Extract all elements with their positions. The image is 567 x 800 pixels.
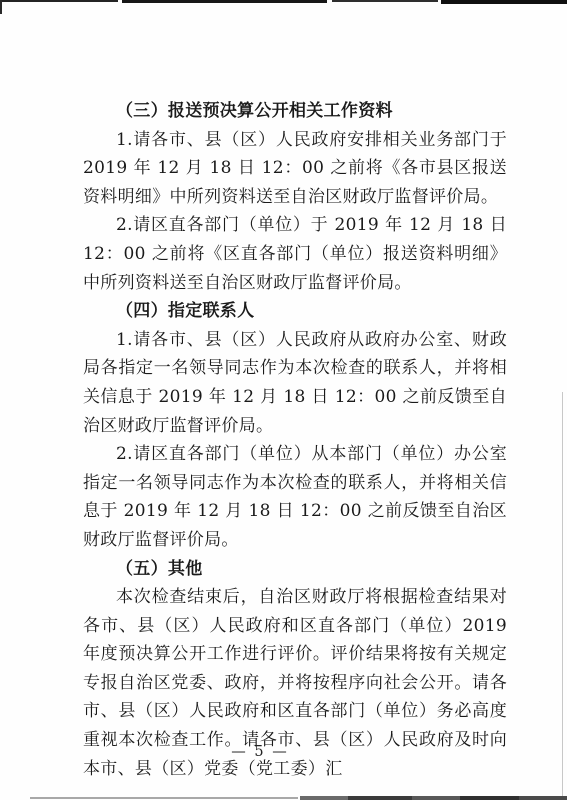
scan-artifact-left-edge	[0, 0, 2, 14]
scan-artifact-top-edge	[0, 0, 118, 2]
section-heading-5: （五）其他	[83, 555, 507, 584]
paragraph-contact-person-cities: 1.请各市、县（区）人民政府从政府办公室、财政局各指定一名领导同志作为本次检查的…	[83, 326, 507, 440]
scan-artifact-top-edge	[441, 0, 567, 4]
scanned-document-page: （三）报送预决算公开相关工作资料 1.请各市、县（区）人民政府安排相关业务部门于…	[0, 0, 567, 800]
section-heading-4: （四）指定联系人	[83, 297, 507, 326]
paragraph-contact-person-departments: 2.请区直各部门（单位）从本部门（单位）办公室指定一名领导同志作为本次检查的联系…	[83, 440, 507, 554]
paragraph-submit-materials-departments: 2.请区直各部门（单位）于 2019 年 12 月 18 日 12：00 之前将…	[83, 211, 507, 297]
page-number: — 5 —	[0, 744, 520, 760]
document-body: （三）报送预决算公开相关工作资料 1.请各市、县（区）人民政府安排相关业务部门于…	[83, 97, 507, 783]
paragraph-submit-materials-cities: 1.请各市、县（区）人民政府安排相关业务部门于 2019 年 12 月 18 日…	[83, 126, 507, 212]
section-heading-3: （三）报送预决算公开相关工作资料	[83, 97, 507, 126]
scan-artifact-bottom-edge	[300, 796, 567, 800]
scan-artifact-top-edge	[122, 0, 327, 3]
scan-artifact-right-edge	[562, 392, 563, 800]
scan-artifact-bottom-edge	[30, 797, 298, 799]
scan-artifact-top-edge	[332, 0, 438, 2]
